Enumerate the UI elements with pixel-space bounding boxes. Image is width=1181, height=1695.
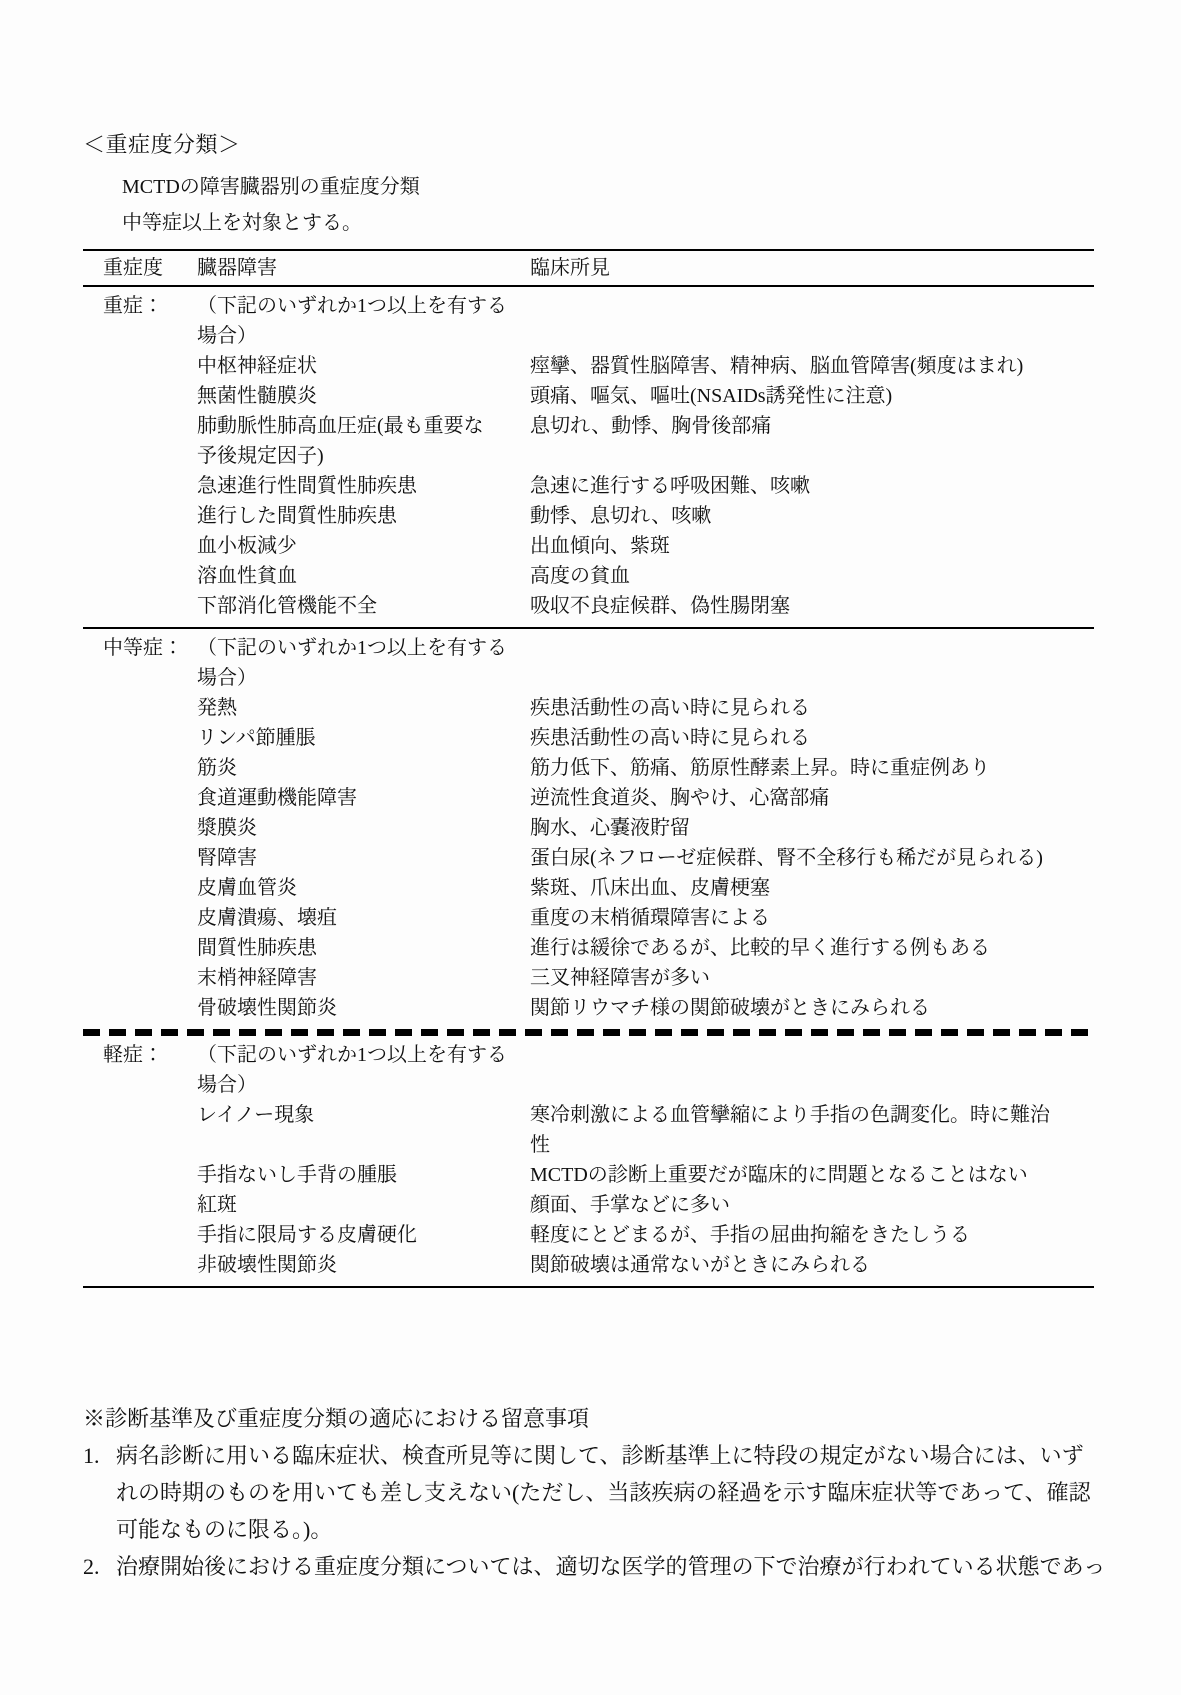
finding-cell: 筋力低下、筋痛、筋原性酵素上昇。時に重症例あり — [530, 753, 1094, 783]
organ-cell: 下部消化管機能不全 — [197, 591, 530, 621]
organ-cell: 非破壊性関節炎 — [197, 1250, 530, 1280]
table-row: 手指に限局する皮膚硬化 軽度にとどまるが、手指の屈曲拘縮をきたしうる — [83, 1220, 1094, 1250]
finding-cell: 蛋白尿(ネフローゼ症候群、腎不全移行も稀だが見られる) — [530, 843, 1094, 873]
organ-cell: 肺動脈性肺高血圧症(最も重要な 予後規定因子) — [197, 411, 530, 471]
finding-cell: 疾患活動性の高い時に見られる — [530, 693, 1094, 723]
organ-cell: 手指に限局する皮膚硬化 — [197, 1220, 530, 1250]
finding-cell: 疾患活動性の高い時に見られる — [530, 723, 1094, 753]
table-row: 紅斑 顔面、手掌などに多い — [83, 1190, 1094, 1220]
finding-cell: 寒冷刺激による血管攣縮により手指の色調変化。時に難治 性 — [530, 1100, 1094, 1160]
table-header-row: 重症度 臓器障害 臨床所見 — [83, 251, 1094, 287]
section-severe: 重症： （下記のいずれか1つ以上を有する 場合） 中枢神経症状 痙攣、器質性脳障… — [83, 287, 1094, 627]
finding-cell: 高度の貧血 — [530, 561, 1094, 591]
dashed-divider — [83, 1029, 1094, 1036]
notes-heading: ※診断基準及び重症度分類の適応における留意事項 — [83, 1400, 1113, 1437]
finding-cell: 関節リウマチ様の関節破壊がときにみられる — [530, 993, 1094, 1023]
organ-cell: 皮膚血管炎 — [197, 873, 530, 903]
note-item: 1. 病名診断に用いる臨床症状、検査所見等に関して、診断基準上に特段の規定がない… — [83, 1437, 1113, 1548]
note-number: 2. — [83, 1548, 116, 1585]
table-row: 下部消化管機能不全 吸収不良症候群、偽性腸閉塞 — [83, 591, 1094, 621]
table-row: リンパ節腫脹 疾患活動性の高い時に見られる — [83, 723, 1094, 753]
table-row: 無菌性髄膜炎 頭痛、嘔気、嘔吐(NSAIDs誘発性に注意) — [83, 381, 1094, 411]
table-row: 腎障害 蛋白尿(ネフローゼ症候群、腎不全移行も稀だが見られる) — [83, 843, 1094, 873]
subtitle-target: 中等症以上を対象とする。 — [122, 209, 1181, 237]
section-mild: 軽症： （下記のいずれか1つ以上を有する 場合） レイノー現象 寒冷刺激による血… — [83, 1036, 1094, 1286]
finding-cell: 動悸、息切れ、咳嗽 — [530, 501, 1094, 531]
subtitle-classification: MCTDの障害臓器別の重症度分類 — [122, 173, 1181, 201]
section-header-row: 重症： （下記のいずれか1つ以上を有する 場合） — [83, 291, 1094, 351]
severity-cell: 重症： — [83, 291, 197, 351]
organ-cell: 進行した間質性肺疾患 — [197, 501, 530, 531]
table-row: 非破壊性関節炎 関節破壊は通常ないがときにみられる — [83, 1250, 1094, 1280]
finding-cell: 紫斑、爪床出血、皮膚梗塞 — [530, 873, 1094, 903]
note-item: 2. 治療開始後における重症度分類については、適切な医学的管理の下で治療が行われ… — [83, 1548, 1113, 1585]
condition-text: （下記のいずれか1つ以上を有する 場合） — [197, 291, 530, 351]
table-row: 中枢神経症状 痙攣、器質性脳障害、精神病、脳血管障害(頻度はまれ) — [83, 351, 1094, 381]
organ-cell: 急速進行性間質性肺疾患 — [197, 471, 530, 501]
table-row: 骨破壊性関節炎 関節リウマチ様の関節破壊がときにみられる — [83, 993, 1094, 1023]
finding-cell: 進行は緩徐であるが、比較的早く進行する例もある — [530, 933, 1094, 963]
finding-cell: 軽度にとどまるが、手指の屈曲拘縮をきたしうる — [530, 1220, 1094, 1250]
finding-cell: 急速に進行する呼吸困難、咳嗽 — [530, 471, 1094, 501]
organ-cell: 手指ないし手背の腫脹 — [197, 1160, 530, 1190]
notes-section: ※診断基準及び重症度分類の適応における留意事項 1. 病名診断に用いる臨床症状、… — [83, 1400, 1113, 1585]
organ-cell: 間質性肺疾患 — [197, 933, 530, 963]
finding-cell: 出血傾向、紫斑 — [530, 531, 1094, 561]
section-header-row: 軽症： （下記のいずれか1つ以上を有する 場合） — [83, 1040, 1094, 1100]
table-row: 末梢神経障害 三叉神経障害が多い — [83, 963, 1094, 993]
section-moderate: 中等症： （下記のいずれか1つ以上を有する 場合） 発熱 疾患活動性の高い時に見… — [83, 627, 1094, 1029]
organ-cell: 皮膚潰瘍、壊疽 — [197, 903, 530, 933]
finding-cell: 痙攣、器質性脳障害、精神病、脳血管障害(頻度はまれ) — [530, 351, 1094, 381]
severity-cell: 軽症： — [83, 1040, 197, 1100]
organ-cell: リンパ節腫脹 — [197, 723, 530, 753]
table-row: レイノー現象 寒冷刺激による血管攣縮により手指の色調変化。時に難治 性 — [83, 1100, 1094, 1160]
organ-cell: 腎障害 — [197, 843, 530, 873]
section-header-row: 中等症： （下記のいずれか1つ以上を有する 場合） — [83, 633, 1094, 693]
table-row: 間質性肺疾患 進行は緩徐であるが、比較的早く進行する例もある — [83, 933, 1094, 963]
note-text: 治療開始後における重症度分類については、適切な医学的管理の下で治療が行われている… — [116, 1548, 1113, 1585]
note-text: 病名診断に用いる臨床症状、検査所見等に関して、診断基準上に特段の規定がない場合に… — [116, 1437, 1113, 1548]
note-number: 1. — [83, 1437, 116, 1474]
condition-text: （下記のいずれか1つ以上を有する 場合） — [197, 633, 530, 693]
table-row: 血小板減少 出血傾向、紫斑 — [83, 531, 1094, 561]
table-row: 手指ないし手背の腫脹 MCTDの診断上重要だが臨床的に問題となることはない — [83, 1160, 1094, 1190]
header-finding: 臨床所見 — [530, 253, 1094, 283]
finding-cell: 重度の末梢循環障害による — [530, 903, 1094, 933]
finding-cell: 吸収不良症候群、偽性腸閉塞 — [530, 591, 1094, 621]
organ-cell: 漿膜炎 — [197, 813, 530, 843]
finding-cell: 胸水、心嚢液貯留 — [530, 813, 1094, 843]
table-row: 進行した間質性肺疾患 動悸、息切れ、咳嗽 — [83, 501, 1094, 531]
finding-cell: MCTDの診断上重要だが臨床的に問題となることはない — [530, 1160, 1094, 1190]
finding-cell: 息切れ、動悸、胸骨後部痛 — [530, 411, 1094, 471]
organ-cell: 無菌性髄膜炎 — [197, 381, 530, 411]
table-row: 発熱 疾患活動性の高い時に見られる — [83, 693, 1094, 723]
condition-text: （下記のいずれか1つ以上を有する 場合） — [197, 1040, 530, 1100]
table-row: 溶血性貧血 高度の貧血 — [83, 561, 1094, 591]
finding-cell: 逆流性食道炎、胸やけ、心窩部痛 — [530, 783, 1094, 813]
organ-cell: 中枢神経症状 — [197, 351, 530, 381]
organ-cell: 骨破壊性関節炎 — [197, 993, 530, 1023]
finding-cell: 頭痛、嘔気、嘔吐(NSAIDs誘発性に注意) — [530, 381, 1094, 411]
document-page: ＜重症度分類＞ MCTDの障害臓器別の重症度分類 中等症以上を対象とする。 重症… — [0, 0, 1181, 1585]
table-row: 漿膜炎 胸水、心嚢液貯留 — [83, 813, 1094, 843]
table-row: 筋炎 筋力低下、筋痛、筋原性酵素上昇。時に重症例あり — [83, 753, 1094, 783]
organ-cell: 溶血性貧血 — [197, 561, 530, 591]
table-row: 食道運動機能障害 逆流性食道炎、胸やけ、心窩部痛 — [83, 783, 1094, 813]
header-severity: 重症度 — [83, 253, 197, 283]
table-row: 急速進行性間質性肺疾患 急速に進行する呼吸困難、咳嗽 — [83, 471, 1094, 501]
finding-cell: 三叉神経障害が多い — [530, 963, 1094, 993]
organ-cell: 血小板減少 — [197, 531, 530, 561]
organ-cell: レイノー現象 — [197, 1100, 530, 1160]
table-row: 皮膚潰瘍、壊疽 重度の末梢循環障害による — [83, 903, 1094, 933]
finding-cell: 顔面、手掌などに多い — [530, 1190, 1094, 1220]
page-title: ＜重症度分類＞ — [83, 131, 1181, 159]
table-row: 皮膚血管炎 紫斑、爪床出血、皮膚梗塞 — [83, 873, 1094, 903]
organ-cell: 紅斑 — [197, 1190, 530, 1220]
organ-cell: 筋炎 — [197, 753, 530, 783]
finding-cell: 関節破壊は通常ないがときにみられる — [530, 1250, 1094, 1280]
severity-table: 重症度 臓器障害 臨床所見 重症： （下記のいずれか1つ以上を有する 場合） 中… — [83, 249, 1094, 1288]
severity-cell: 中等症： — [83, 633, 197, 693]
organ-cell: 発熱 — [197, 693, 530, 723]
organ-cell: 末梢神経障害 — [197, 963, 530, 993]
header-organ: 臓器障害 — [197, 253, 530, 283]
organ-cell: 食道運動機能障害 — [197, 783, 530, 813]
table-row: 肺動脈性肺高血圧症(最も重要な 予後規定因子) 息切れ、動悸、胸骨後部痛 — [83, 411, 1094, 471]
